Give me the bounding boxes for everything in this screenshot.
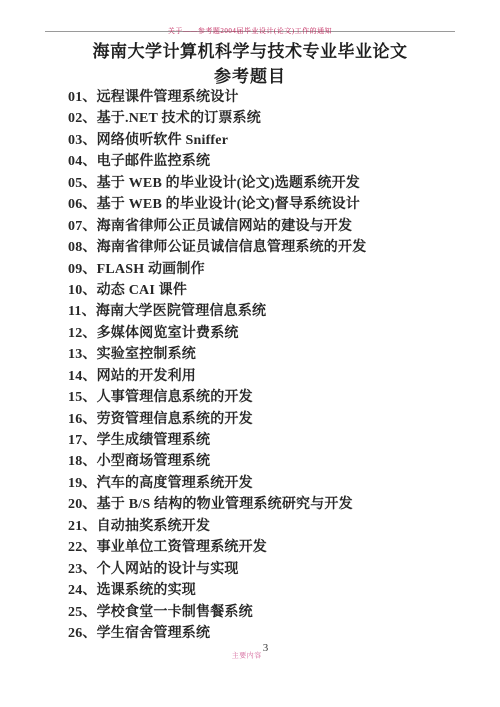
topic-title: 个人网站的设计与实现	[97, 562, 239, 577]
topic-item: 03、网络侦听软件 Sniffer	[68, 130, 470, 151]
topic-number: 18、	[68, 454, 97, 469]
topic-item: 14、网站的开发利用	[68, 366, 470, 387]
topic-title: 网站的开发利用	[97, 369, 196, 384]
topic-number: 01、	[68, 90, 97, 105]
topic-item: 17、学生成绩管理系统	[68, 430, 470, 451]
topic-item: 18、小型商场管理系统	[68, 451, 470, 472]
topic-item: 21、自动抽奖系统开发	[68, 516, 470, 537]
topic-title: 自动抽奖系统开发	[97, 519, 211, 534]
topic-title: 人事管理信息系统的开发	[97, 390, 253, 405]
topic-item: 15、人事管理信息系统的开发	[68, 387, 470, 408]
topic-item: 02、基于.NET 技术的订票系统	[68, 108, 470, 129]
topic-title: 电子邮件监控系统	[97, 154, 211, 169]
topic-item: 12、多媒体阅览室计费系统	[68, 323, 470, 344]
topic-title: 基于 WEB 的毕业设计(论文)督导系统设计	[97, 197, 360, 212]
topic-number: 17、	[68, 433, 97, 448]
topic-item: 11、海南大学医院管理信息系统	[68, 301, 470, 322]
topic-number: 02、	[68, 111, 97, 126]
page-footer: 主要内容3	[0, 646, 500, 664]
topic-item: 09、FLASH 动画制作	[68, 259, 470, 280]
topic-number: 03、	[68, 133, 97, 148]
topic-number: 20、	[68, 497, 97, 512]
topic-number: 06、	[68, 197, 97, 212]
topic-item: 24、选课系统的实现	[68, 580, 470, 601]
topic-item: 08、海南省律师公证员诚信信息管理系统的开发	[68, 237, 470, 258]
topic-title: 基于.NET 技术的订票系统	[97, 111, 261, 126]
topic-item: 06、基于 WEB 的毕业设计(论文)督导系统设计	[68, 194, 470, 215]
topic-number: 19、	[68, 476, 97, 491]
topic-number: 16、	[68, 412, 97, 427]
topic-title: 劳资管理信息系统的开发	[97, 412, 253, 427]
topic-number: 26、	[68, 626, 97, 641]
topic-number: 12、	[68, 326, 97, 341]
topic-number: 23、	[68, 562, 97, 577]
topic-item: 10、动态 CAI 课件	[68, 280, 470, 301]
topic-number: 21、	[68, 519, 97, 534]
document-title: 海南大学计算机科学与技术专业毕业论文	[0, 41, 500, 62]
topic-title: 小型商场管理系统	[97, 454, 211, 469]
topic-title: 学生宿舍管理系统	[97, 626, 211, 641]
topic-list: 01、远程课件管理系统设计 02、基于.NET 技术的订票系统 03、网络侦听软…	[68, 87, 470, 644]
topic-number: 08、	[68, 240, 97, 255]
topic-title: 多媒体阅览室计费系统	[97, 326, 239, 341]
topic-title: 实验室控制系统	[97, 347, 196, 362]
document-page: 关于——参考题2004届毕业设计(论文)工作的通知 海南大学计算机科学与技术专业…	[0, 0, 500, 707]
topic-item: 05、基于 WEB 的毕业设计(论文)选题系统开发	[68, 173, 470, 194]
topic-title: 基于 B/S 结构的物业管理系统研究与开发	[97, 497, 353, 512]
topic-title: 网络侦听软件 Sniffer	[97, 133, 229, 148]
topic-number: 25、	[68, 605, 97, 620]
topic-number: 04、	[68, 154, 97, 169]
topic-item: 20、基于 B/S 结构的物业管理系统研究与开发	[68, 494, 470, 515]
topic-number: 05、	[68, 176, 97, 191]
topic-number: 24、	[68, 583, 97, 598]
topic-number: 22、	[68, 540, 97, 555]
topic-item: 13、实验室控制系统	[68, 344, 470, 365]
topic-item: 25、学校食堂一卡制售餐系统	[68, 602, 470, 623]
topic-title: 学校食堂一卡制售餐系统	[97, 605, 253, 620]
topic-title: 动态 CAI 课件	[97, 283, 187, 298]
topic-title: 事业单位工资管理系统开发	[97, 540, 267, 555]
footer-watermark-text: 主要内容	[232, 651, 262, 659]
topic-item: 16、劳资管理信息系统的开发	[68, 409, 470, 430]
topic-item: 07、海南省律师公正员诚信网站的建设与开发	[68, 216, 470, 237]
topic-title: 海南省律师公正员诚信网站的建设与开发	[97, 219, 353, 234]
topic-item: 04、电子邮件监控系统	[68, 151, 470, 172]
topic-item: 19、汽车的高度管理系统开发	[68, 473, 470, 494]
topic-number: 14、	[68, 369, 97, 384]
header-watermark-text: 关于——参考题2004届毕业设计(论文)工作的通知	[0, 25, 500, 37]
topic-item: 22、事业单位工资管理系统开发	[68, 537, 470, 558]
topic-number: 13、	[68, 347, 97, 362]
topic-item: 01、远程课件管理系统设计	[68, 87, 470, 108]
topic-title: 学生成绩管理系统	[97, 433, 211, 448]
topic-number: 15、	[68, 390, 97, 405]
page-number: 3	[263, 642, 269, 654]
topic-title: 汽车的高度管理系统开发	[97, 476, 253, 491]
document-subtitle: 参考题目	[0, 66, 500, 87]
topic-title: 选课系统的实现	[97, 583, 196, 598]
topic-title: 远程课件管理系统设计	[97, 90, 239, 105]
topic-number: 11、	[68, 304, 96, 319]
topic-title: 海南省律师公证员诚信信息管理系统的开发	[97, 240, 367, 255]
topic-number: 07、	[68, 219, 97, 234]
topic-number: 10、	[68, 283, 97, 298]
topic-title: 基于 WEB 的毕业设计(论文)选题系统开发	[97, 176, 360, 191]
topic-item: 23、个人网站的设计与实现	[68, 559, 470, 580]
topic-item: 26、学生宿舍管理系统	[68, 623, 470, 644]
topic-title: FLASH 动画制作	[97, 262, 205, 277]
topic-number: 09、	[68, 262, 97, 277]
topic-title: 海南大学医院管理信息系统	[96, 304, 266, 319]
